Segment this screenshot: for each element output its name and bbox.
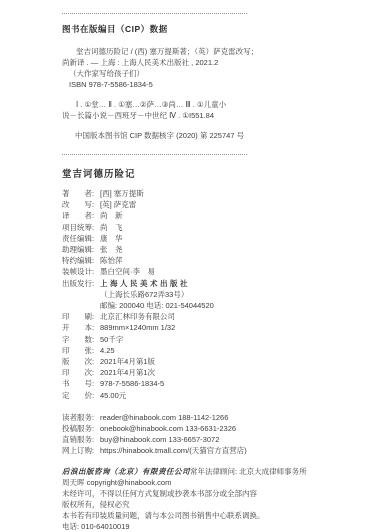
credit-row-contributing-editor: 特约编辑:陈怡萍 [62,255,375,266]
service-value: onebook@hinabook.com 133-6631-2326 [100,424,236,433]
credit-label: 译 者: [62,210,100,221]
credit-value: [西] 塞万提斯 [100,189,144,198]
credit-label: 装帧设计: [62,266,100,277]
credit-label: 出版发行: [62,278,100,289]
service-value: https://hinabook.tmall.com/(天猫官方直营店) [100,446,247,455]
credit-label: 印 刷: [62,311,100,322]
legal-notice-rights: 版权所有，侵权必究 [62,499,375,510]
credit-label: 版 次: [62,356,100,367]
credit-value: 2021年4月第1次 [100,368,155,377]
credit-label: 改 写: [62,199,100,210]
credit-value: 张 尧 [100,245,123,254]
service-label: 直销服务: [62,434,100,445]
credit-value: 4.25 [100,346,115,355]
credit-label: 书 号: [62,378,100,389]
credit-value: 尚 飞 [100,223,123,232]
credit-row-format: 开 本:889mm×1240mm 1/32 [62,322,375,333]
credit-label: 项目统筹: [62,222,100,233]
cip-description-line: 堂吉诃德历险记 / (西) 塞万提斯著；（英）萨克雷改写； [62,46,252,57]
service-row-direct-sales: 直销服务:buy@hinabook.com 133-6657-3072 [62,434,375,445]
credit-row-printing: 印 次:2021年4月第1次 [62,367,375,378]
credit-value: 889mm×1240mm 1/32 [100,323,175,332]
credit-label: 助理编辑: [62,244,100,255]
credit-value: 2021年4月第1版 [100,357,155,366]
credit-row-sheets: 印 张:4.25 [62,345,375,356]
cip-series-line: （大作家写给孩子们） [62,68,252,79]
service-row-submission: 投稿服务:onebook@hinabook.com 133-6631-2326 [62,423,375,434]
credit-value: 陈怡萍 [100,256,123,265]
credit-row-word-count: 字 数:50千字 [62,334,375,345]
service-row-reader: 读者服务:reader@hinabook.com 188-1142-1266 [62,412,375,423]
credit-row-isbn: 书 号:978-7-5586-1834-5 [62,378,375,389]
credit-value: [英] 萨克雷 [100,200,136,209]
credit-label: 印 次: [62,367,100,378]
credit-value: 978-7-5586-1834-5 [100,379,164,388]
legal-quality-notice: 本书若有印装质量问题，请与本公司图书销售中心联系调换。 [62,510,375,521]
credit-row-responsible-editor: 责任编辑:康 华 [62,233,375,244]
credit-label: 印 张: [62,345,100,356]
credit-label: 字 数: [62,334,100,345]
credit-row-book-design: 装帧设计:墨白空间·李 易 [62,266,375,277]
credit-value: 康 华 [100,234,123,243]
dotted-divider [62,154,247,155]
legal-notice-copy: 未经许可，不得以任何方式复制或抄袭本书部分或全部内容 [62,488,375,499]
legal-company-line: 后浪出版咨询（北京）有限责任公司常年法律顾问: 北京大成律师事务所 [62,466,375,477]
cip-record-number: 中国版本图书馆 CIP 数据核字 (2020) 第 225747 号 [62,130,375,141]
service-label: 网上订购: [62,445,100,456]
credit-value: 45.00元 [100,391,126,400]
credit-label: 著 者: [62,188,100,199]
credit-row-adapter: 改 写:[英] 萨克雷 [62,199,375,210]
credit-label: 开 本: [62,322,100,333]
credit-row-postcode-phone: 邮编: 200040 电话: 021-54044520 [62,300,375,311]
credit-row-author: 著 者:[西] 塞万提斯 [62,188,375,199]
credit-value: 墨白空间·李 易 [100,267,155,276]
credits-list: 著 者:[西] 塞万提斯 改 写:[英] 萨克雷 译 者:尚 新 项目统筹:尚 … [62,188,375,401]
cip-classification-line: Ⅰ . ①堂… Ⅱ . ①塞…②萨…③尚… Ⅲ . ①儿童小 [62,99,375,110]
legal-contact: 周天晖 copyright@hinabook.com [62,477,375,488]
book-title: 堂吉诃德历险记 [62,166,375,180]
credit-row-translator: 译 者:尚 新 [62,210,375,221]
cip-description-line: 尚新译 . — 上海 : 上海人民美术出版社 , 2021.2 [62,57,252,68]
credit-row-project-coordinator: 项目统筹:尚 飞 [62,222,375,233]
credit-row-publisher: 出版发行:上海人民美术出版社 [62,278,375,289]
publisher-name: 上海人民美术出版社 [100,279,190,288]
cip-classification: Ⅰ . ①堂… Ⅱ . ①塞…②萨…③尚… Ⅲ . ①儿童小 说－长篇小说－西班… [62,99,375,121]
service-label: 投稿服务: [62,423,100,434]
copyright-page: 图书在版编目（CIP）数据 堂吉诃德历险记 / (西) 塞万提斯著；（英）萨克雷… [0,0,375,532]
service-value: reader@hinabook.com 188-1142-1266 [100,413,228,422]
credit-value: 50千字 [100,335,123,344]
dotted-divider [62,13,247,14]
publisher-address: （上海长乐路672弄33号） [100,290,188,299]
cip-heading: 图书在版编目（CIP）数据 [62,23,375,35]
credit-label: 定 价: [62,390,100,401]
credit-row-price: 定 价:45.00元 [62,390,375,401]
service-value: buy@hinabook.com 133-6657-3072 [100,435,219,444]
credit-row-assistant-editor: 助理编辑:张 尧 [62,244,375,255]
legal-block: 后浪出版咨询（北京）有限责任公司常年法律顾问: 北京大成律师事务所 周天晖 co… [62,466,375,532]
company-name: 后浪出版咨询（北京）有限责任公司 [62,467,190,476]
credit-row-printer: 印 刷:北京汇林印务有限公司 [62,311,375,322]
credit-value: 尚 新 [100,211,123,220]
credit-label: 责任编辑: [62,233,100,244]
cip-description: 堂吉诃德历险记 / (西) 塞万提斯著；（英）萨克雷改写； 尚新译 . — 上海… [62,46,252,90]
credit-value: 北京汇林印务有限公司 [100,312,175,321]
service-row-online-order: 网上订购:https://hinabook.tmall.com/(天猫官方直营店… [62,445,375,456]
legal-counsel: 常年法律顾问: 北京大成律师事务所 [190,467,307,476]
postcode-phone: 邮编: 200040 电话: 021-54044520 [100,301,214,310]
cip-classification-line: 说－长篇小说－西班牙－中世纪 Ⅳ . ①I551.84 [62,110,375,121]
service-label: 读者服务: [62,412,100,423]
credit-row-edition: 版 次:2021年4月第1版 [62,356,375,367]
services-list: 读者服务:reader@hinabook.com 188-1142-1266 投… [62,412,375,457]
credit-label: 特约编辑: [62,255,100,266]
credit-row-publisher-address: （上海长乐路672弄33号） [62,289,375,300]
cip-isbn-line: ISBN 978-7-5586-1834-5 [62,79,252,90]
legal-service-phone: 电话: 010-64010019 [62,521,375,532]
